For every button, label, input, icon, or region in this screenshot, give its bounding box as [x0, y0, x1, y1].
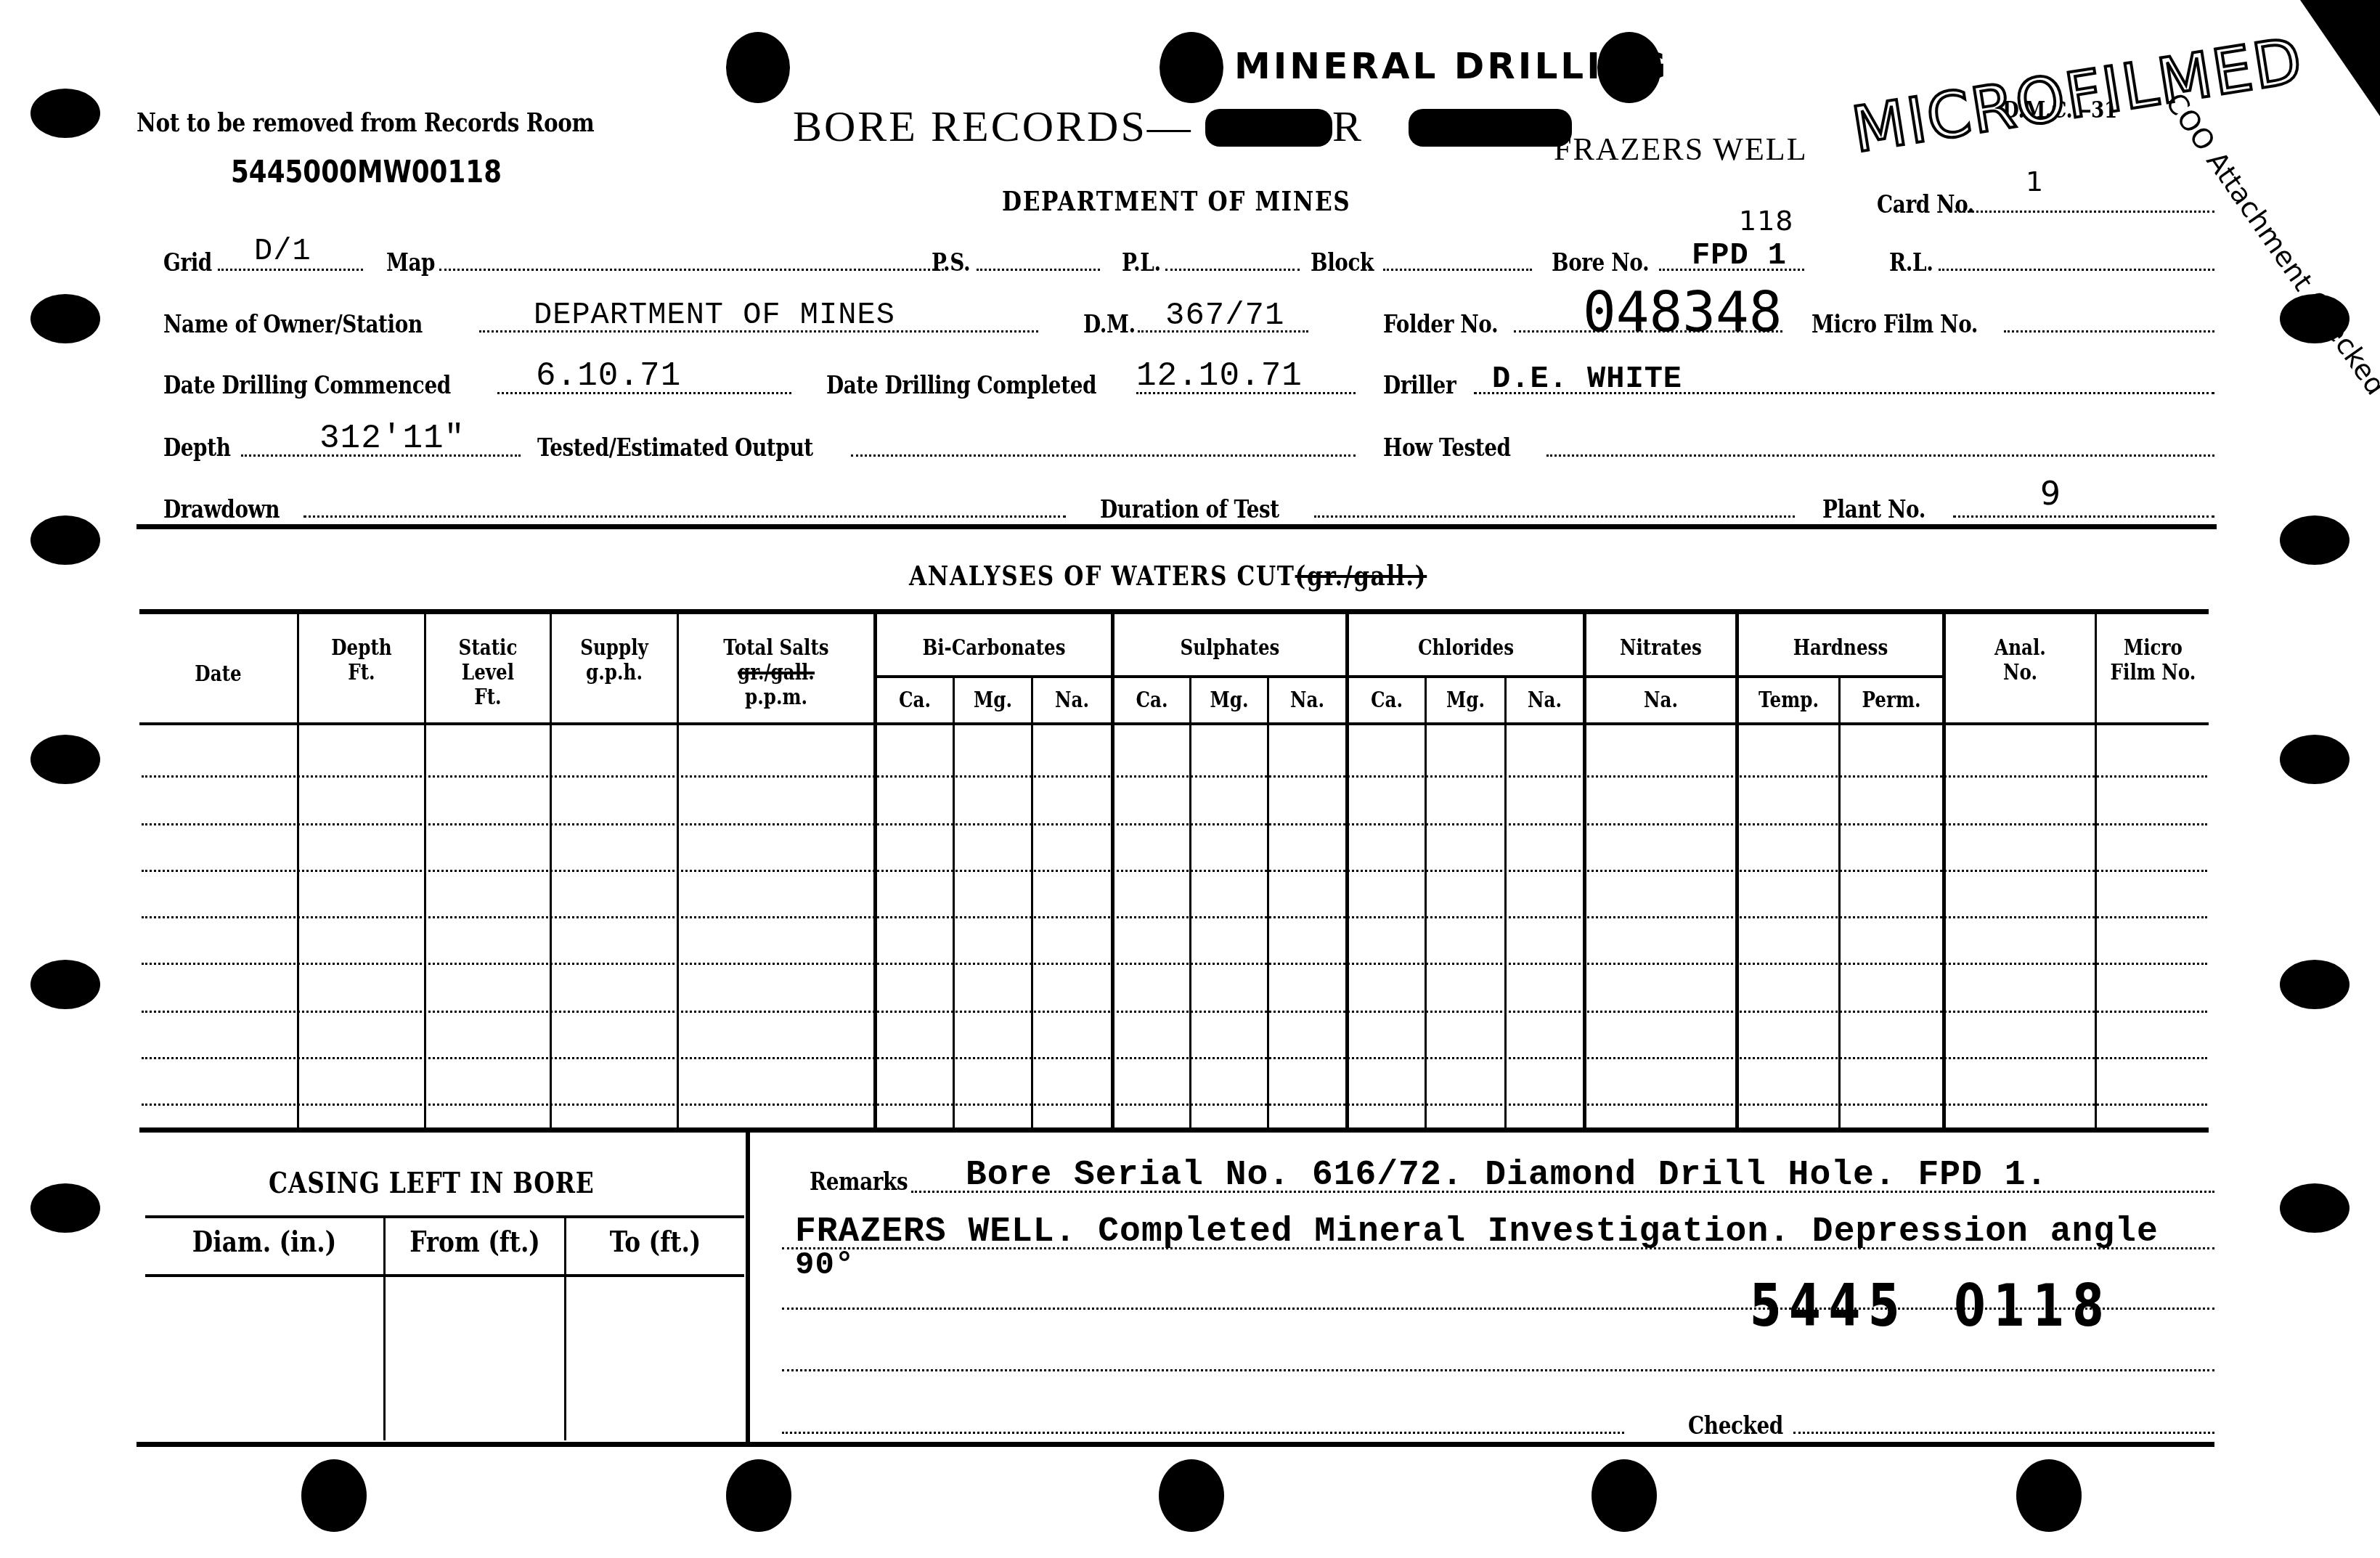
analyses-header-bottom: [139, 722, 2209, 725]
col-line-10: [1267, 677, 1269, 1127]
date-commenced-value[interactable]: 6.10.71: [536, 357, 681, 395]
duration-line: [1314, 515, 1795, 518]
col-anal-l2: No.: [1959, 661, 2081, 685]
sub-bicarb-mg: Mg.: [961, 688, 1024, 713]
plant-no-value[interactable]: 9: [2040, 476, 2061, 513]
records-room-notice: Not to be removed from Records Room: [136, 107, 594, 138]
col-supply-l2: g.p.h.: [563, 661, 665, 685]
duration-label: Duration of Test: [1100, 495, 1279, 524]
table-row[interactable]: [142, 1104, 2207, 1106]
folder-no-value[interactable]: 048348: [1583, 280, 1782, 344]
sub-sulph-ca: Ca.: [1121, 688, 1182, 713]
col-bicarbonates: Bi-Carbonates: [898, 636, 1090, 661]
col-line-13: [1504, 677, 1507, 1127]
punch-hole-left-4: [30, 735, 100, 784]
col-line-6: [953, 677, 955, 1127]
dm-value[interactable]: 367/71: [1165, 298, 1284, 334]
remarks-line-1-text[interactable]: Bore Serial No. 616/72. Diamond Drill Ho…: [966, 1156, 2047, 1195]
analyses-title: ANALYSES OF WATERS CUT(gr./gall.): [909, 559, 1427, 592]
casing-col-diam: Diam. (in.): [167, 1230, 362, 1255]
analyses-title-text: ANALYSES OF WATERS CUT: [909, 559, 1295, 592]
remarks-line-5: [782, 1432, 1624, 1434]
casing-col-line-2: [564, 1215, 566, 1440]
col-depth: DepthFt.: [310, 636, 412, 685]
folder-no-label: Folder No.: [1383, 310, 1498, 339]
plant-no-label: Plant No.: [1822, 495, 1925, 524]
header-divider: [136, 524, 2217, 529]
punch-hole-left-2: [30, 294, 100, 343]
punch-hole-left-1: [30, 89, 100, 138]
punch-hole-left-6: [30, 1183, 100, 1233]
sub-sulph-na: Na.: [1276, 688, 1338, 713]
col-depth-l1: Depth: [310, 636, 412, 661]
sub-hard-perm: Perm.: [1850, 688, 1933, 713]
table-row[interactable]: [142, 870, 2207, 872]
col-salts-l1: Total Salts: [696, 636, 856, 661]
grid-line: [218, 269, 363, 271]
redacted-word-1: [1205, 109, 1332, 147]
col-anal-no: Anal.No.: [1959, 636, 2081, 685]
plant-no-line: [1953, 515, 2214, 518]
punch-hole-bottom-5: [2016, 1459, 2082, 1532]
casing-col-line-1: [383, 1215, 386, 1440]
drawdown-line: [303, 515, 1066, 518]
remarks-line-4: [782, 1308, 2214, 1310]
remarks-line-2-text[interactable]: FRAZERS WELL. Completed Mineral Investig…: [795, 1212, 2159, 1252]
location-label: FRAZERS WELL: [1554, 131, 1808, 168]
depth-label: Depth: [163, 433, 231, 462]
micro-film-no-label: Micro Film No.: [1812, 310, 1978, 339]
form-title: BORE RECORDS—: [793, 102, 1193, 152]
col-line-16: [1838, 677, 1841, 1127]
casing-header-top: [145, 1215, 744, 1218]
handwritten-mineral-drilling: MINERAL DRILLING: [1234, 45, 1669, 87]
remarks-label: Remarks: [810, 1167, 908, 1196]
form-title-prefix: BORE RECORDS—: [793, 102, 1193, 150]
drawdown-label: Drawdown: [163, 495, 280, 524]
department-heading: DEPARTMENT OF MINES: [1002, 184, 1350, 217]
barcode-id: 5445000MW00118: [231, 154, 502, 189]
punch-hole-top-1: [726, 32, 790, 103]
analyses-table-top: [139, 609, 2209, 614]
table-row[interactable]: [142, 963, 2207, 965]
card-no-line: [1949, 211, 2214, 213]
sub-chlor-ca: Ca.: [1356, 688, 1417, 713]
casing-col-from: From (ft.): [402, 1230, 548, 1255]
punch-hole-right-2: [2280, 515, 2350, 565]
table-row[interactable]: [142, 823, 2207, 825]
col-nitrates: Nitrates: [1599, 636, 1721, 661]
punch-hole-right-4: [2280, 960, 2350, 1009]
table-row[interactable]: [142, 1057, 2207, 1059]
checked-label: Checked: [1688, 1411, 1783, 1440]
casing-header-bottom: [145, 1274, 744, 1277]
sub-nitr-na: Na.: [1599, 688, 1721, 713]
date-completed-value[interactable]: 12.10.71: [1136, 357, 1303, 395]
analyses-title-struck-unit: (gr./gall.): [1295, 559, 1427, 592]
col-salts-l3: p.p.m.: [696, 685, 856, 710]
sub-hard-temp: Temp.: [1748, 688, 1829, 713]
col-micro-l1: Micro: [2107, 636, 2199, 661]
map-label: Map: [386, 248, 435, 277]
punch-hole-top-2: [1160, 32, 1223, 103]
casing-remarks-divider: [746, 1133, 750, 1443]
card-no-label: Card No.: [1877, 190, 1974, 219]
punch-hole-left-5: [30, 960, 100, 1009]
rl-line: [1939, 269, 2214, 271]
corner-cut: [2300, 0, 2380, 116]
date-completed-label: Date Drilling Completed: [826, 371, 1096, 400]
punch-hole-bottom-2: [726, 1459, 791, 1532]
pl-label: P.L.: [1122, 248, 1161, 277]
col-hardness: Hardness: [1757, 636, 1924, 661]
ps-label: P.S.: [932, 248, 970, 277]
card-no-value[interactable]: 1: [2026, 166, 2044, 197]
col-date: Date: [154, 662, 283, 687]
sub-bicarb-na: Na.: [1040, 688, 1104, 713]
punch-hole-right-3: [2280, 735, 2350, 784]
owner-value[interactable]: DEPARTMENT OF MINES: [534, 298, 895, 333]
map-line: [439, 269, 944, 271]
col-static-l3: Ft.: [437, 685, 538, 710]
table-row[interactable]: [142, 775, 2207, 778]
date-commenced-label: Date Drilling Commenced: [163, 371, 451, 400]
col-sulphates: Sulphates: [1136, 636, 1325, 661]
handwritten-margin-note: COO Attachment Checked: [2159, 87, 2380, 401]
remarks-line-3: [782, 1369, 2214, 1371]
how-tested-label: How Tested: [1383, 433, 1511, 462]
subheader-divider: [876, 675, 1944, 678]
casing-title: CASING LEFT IN BORE: [269, 1166, 595, 1200]
ps-line: [977, 269, 1100, 271]
bore-no-annotation: 118: [1739, 205, 1794, 237]
bore-no-value[interactable]: FPD 1: [1692, 238, 1787, 273]
col-line-12: [1425, 677, 1427, 1127]
micro-film-no-line: [2004, 330, 2214, 333]
col-static-l2: Level: [437, 661, 538, 685]
redacted-word-2: [1409, 109, 1572, 147]
checked-line[interactable]: [1793, 1432, 2214, 1434]
col-micro-film-no: MicroFilm No.: [2107, 636, 2199, 685]
sub-bicarb-ca: Ca.: [884, 688, 945, 713]
owner-label: Name of Owner/Station: [163, 310, 423, 339]
tested-output-label: Tested/Estimated Output: [537, 433, 813, 462]
table-row[interactable]: [142, 1011, 2207, 1013]
col-depth-l2: Ft.: [310, 661, 412, 685]
remarks-line-3-text[interactable]: 90°: [795, 1247, 855, 1284]
rl-label: R.L.: [1889, 248, 1933, 277]
sub-sulph-mg: Mg.: [1198, 688, 1260, 713]
grid-label: Grid: [163, 248, 212, 277]
col-salts-l2-struck: gr./gall.: [696, 661, 856, 685]
bore-no-label: Bore No.: [1552, 248, 1649, 277]
block-label: Block: [1311, 248, 1374, 277]
microfilmed-stamp: MICROFILMED: [1847, 24, 2307, 167]
col-static-level: StaticLevelFt.: [437, 636, 538, 710]
how-tested-line: [1546, 454, 2214, 457]
col-static-l1: Static: [437, 636, 538, 661]
col-supply: Supplyg.p.h.: [563, 636, 665, 685]
tested-output-line: [851, 454, 1356, 457]
col-anal-l1: Anal.: [1959, 636, 2081, 661]
punch-hole-right-5: [2280, 1183, 2350, 1233]
col-line-9: [1189, 677, 1191, 1127]
redacted-tail-r: R: [1332, 102, 1364, 152]
punch-hole-bottom-3: [1159, 1459, 1224, 1532]
punch-hole-bottom-1: [301, 1459, 367, 1532]
punch-hole-bottom-4: [1592, 1459, 1657, 1532]
punch-hole-left-3: [30, 515, 100, 565]
analyses-table-bottom: [139, 1127, 2209, 1133]
pl-line: [1165, 269, 1300, 271]
bottom-border: [136, 1442, 2214, 1447]
grid-value[interactable]: D/1: [254, 234, 311, 269]
block-line: [1383, 269, 1532, 271]
dm-label: D.M.: [1083, 310, 1136, 339]
col-total-salts: Total Saltsgr./gall.p.p.m.: [696, 636, 856, 710]
table-row[interactable]: [142, 916, 2207, 918]
driller-label: Driller: [1383, 371, 1456, 400]
depth-value[interactable]: 312'11": [319, 420, 465, 457]
col-chlorides: Chlorides: [1370, 636, 1562, 661]
casing-col-to: To (ft.): [582, 1230, 728, 1255]
stamped-number: 5445 0118: [1750, 1272, 2112, 1339]
driller-value[interactable]: D.E. WHITE: [1492, 362, 1682, 396]
col-supply-l1: Supply: [563, 636, 665, 661]
sub-chlor-mg: Mg.: [1434, 688, 1498, 713]
col-line-7: [1031, 677, 1033, 1127]
col-micro-l2: Film No.: [2107, 661, 2199, 685]
sub-chlor-na: Na.: [1513, 688, 1576, 713]
